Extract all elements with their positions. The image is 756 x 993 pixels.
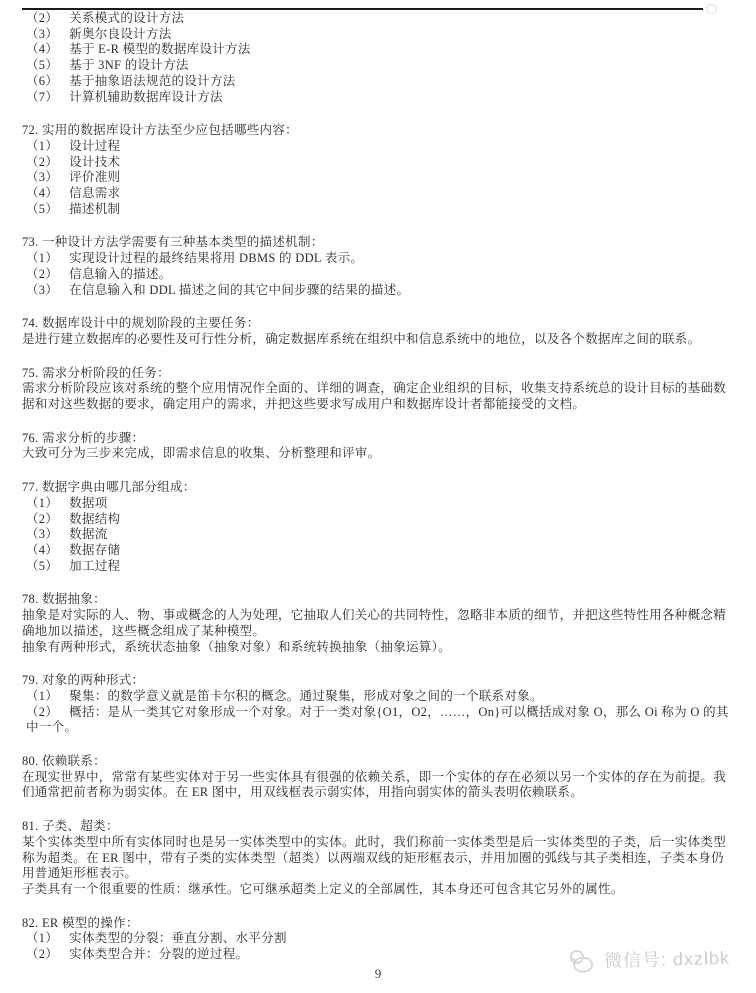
list-item: （3）在信息输入和 DDL 描述之间的其它中间步骤的结果的描述。 [22, 283, 736, 299]
section-heading: 78. 数据抽象： [22, 592, 736, 608]
paragraph: 在现实世界中，常常有某些实体对于另一些实体具有很强的依赖关系，即一个实体的存在必… [22, 770, 736, 801]
section-heading: 77. 数据字典由哪几部分组成： [22, 480, 736, 496]
section: 72. 实用的数据库设计方法至少应包括哪些内容：（1）设计过程（2）设计技术（3… [22, 123, 736, 217]
item-marker: （1） [26, 496, 58, 512]
item-marker: （2） [26, 11, 58, 27]
item-marker: （2） [26, 155, 58, 171]
list-item: （5）描述机制 [22, 202, 736, 218]
item-marker: （2） [26, 512, 58, 528]
item-text: 评价准则 [69, 170, 120, 184]
section: 73. 一种设计方法学需要有三种基本类型的描述机制：（1）实现设计过程的最终结果… [22, 235, 736, 298]
item-marker: （2） [26, 947, 58, 963]
item-text: 信息输入的描述。 [69, 267, 171, 281]
list-item: （2）信息输入的描述。 [22, 267, 736, 283]
item-text: 设计技术 [69, 155, 120, 169]
list-item: （1）实体类型的分裂：垂直分割、水平分割 [22, 931, 736, 947]
list-item: （1）设计过程 [22, 139, 736, 155]
section: 74. 数据库设计中的规划阶段的主要任务：是进行建立数据库的必要性及可行性分析，… [22, 316, 736, 347]
list-item: （3）数据流 [22, 527, 736, 543]
section-heading: 72. 实用的数据库设计方法至少应包括哪些内容： [22, 123, 736, 139]
item-marker: （1） [26, 689, 58, 705]
list-item: （2）数据结构 [22, 512, 736, 528]
item-text: 概括：是从一类其它对象形成一个对象。对于一类对象{O1，O2，……，On}可以概… [26, 705, 729, 735]
list-item: （3）新奥尔良设计方法 [22, 27, 736, 43]
item-marker: （3） [26, 527, 58, 543]
section: 79. 对象的两种形式：（1）聚集：的数学意义就是笛卡尔积的概念。通过聚集，形成… [22, 673, 736, 736]
list-item: （5）加工过程 [22, 559, 736, 575]
item-text: 数据流 [69, 527, 107, 541]
section: 80. 依赖联系：在现实世界中，常常有某些实体对于另一些实体具有很强的依赖关系，… [22, 754, 736, 801]
item-text: 基于 3NF 的设计方法 [69, 58, 189, 72]
section: 75. 需求分析阶段的任务：需求分析阶段应该对系统的整个应用情况作全面的、详细的… [22, 366, 736, 413]
item-marker: （5） [26, 559, 58, 575]
item-text: 数据存储 [69, 543, 120, 557]
item-text: 数据结构 [69, 512, 120, 526]
item-marker: （2） [26, 705, 58, 721]
paragraph: 抽象是对实际的人、物、事或概念的人为处理，它抽取人们关心的共同特性，忽略非本质的… [22, 608, 736, 639]
item-text: 实体类型的分裂：垂直分割、水平分割 [69, 931, 287, 945]
item-marker: （5） [26, 58, 58, 74]
section-heading: 79. 对象的两种形式： [22, 673, 736, 689]
list-item: （1）数据项 [22, 496, 736, 512]
section: 77. 数据字典由哪几部分组成：（1）数据项（2）数据结构（3）数据流（4）数据… [22, 480, 736, 574]
paragraph: 抽象有两种形式，系统状态抽象（抽象对象）和系统转换抽象（抽象运算）。 [22, 640, 736, 656]
item-marker: （1） [26, 931, 58, 947]
paragraph: 子类具有一个很重要的性质：继承性。它可继承超类上定义的全部属性，其本身还可包含其… [22, 882, 736, 898]
section-heading: 75. 需求分析阶段的任务： [22, 366, 736, 382]
item-marker: （2） [26, 267, 58, 283]
item-text: 信息需求 [69, 186, 120, 200]
item-text: 关系模式的设计方法 [69, 11, 184, 25]
item-text: 新奥尔良设计方法 [69, 27, 171, 41]
item-marker: （1） [26, 251, 58, 267]
paragraph: 需求分析阶段应该对系统的整个应用情况作全面的、详细的调查，确定企业组织的目标，收… [22, 381, 736, 412]
list-item: （1）实现设计过程的最终结果将用 DBMS 的 DDL 表示。 [22, 251, 736, 267]
item-text: 基于抽象语法规范的设计方法 [69, 74, 235, 88]
section: （2）关系模式的设计方法（3）新奥尔良设计方法（4）基于 E-R 模型的数据库设… [22, 11, 736, 105]
item-text: 实现设计过程的最终结果将用 DBMS 的 DDL 表示。 [69, 251, 363, 265]
watermark-text: 微信号: dxzlbk [604, 944, 731, 973]
list-item: （2）概括：是从一类其它对象形成一个对象。对于一类对象{O1，O2，……，On}… [22, 705, 736, 736]
sections-container: （2）关系模式的设计方法（3）新奥尔良设计方法（4）基于 E-R 模型的数据库设… [22, 11, 736, 963]
section-heading: 73. 一种设计方法学需要有三种基本类型的描述机制： [22, 235, 736, 251]
top-rule [22, 8, 703, 10]
list-item: （2）设计技术 [22, 155, 736, 171]
item-text: 实体类型合并：分裂的逆过程。 [69, 947, 248, 961]
item-marker: （7） [26, 90, 58, 106]
section-heading: 81. 子类、超类： [22, 819, 736, 835]
section-heading: 74. 数据库设计中的规划阶段的主要任务： [22, 316, 736, 332]
list-item: （1）聚集：的数学意义就是笛卡尔积的概念。通过聚集，形成对象之间的一个联系对象。 [22, 689, 736, 705]
list-item: （2）关系模式的设计方法 [22, 11, 736, 27]
item-marker: （4） [26, 42, 58, 58]
section-heading: 76. 需求分析的步骤： [22, 431, 736, 447]
item-text: 加工过程 [69, 559, 120, 573]
item-marker: （4） [26, 543, 58, 559]
item-text: 计算机辅助数据库设计方法 [69, 90, 223, 104]
item-marker: （3） [26, 283, 58, 299]
item-marker: （6） [26, 74, 58, 90]
list-item: （5）基于 3NF 的设计方法 [22, 58, 736, 74]
section-heading: 82. ER 模型的操作： [22, 916, 736, 932]
list-item: （4）基于 E-R 模型的数据库设计方法 [22, 42, 736, 58]
item-text: 描述机制 [69, 202, 120, 216]
section: 81. 子类、超类：某个实体类型中所有实体同时也是另一实体类型中的实体。此时，我… [22, 819, 736, 898]
list-item: （4）信息需求 [22, 186, 736, 202]
list-item: （4）数据存储 [22, 543, 736, 559]
item-text: 在信息输入和 DDL 描述之间的其它中间步骤的结果的描述。 [69, 283, 409, 297]
item-marker: （4） [26, 186, 58, 202]
list-item: （6）基于抽象语法规范的设计方法 [22, 74, 736, 90]
section-heading: 80. 依赖联系： [22, 754, 736, 770]
item-text: 数据项 [69, 496, 107, 510]
list-item: （3）评价准则 [22, 170, 736, 186]
paragraph: 大致可分为三步来完成，即需求信息的收集、分析整理和评审。 [22, 446, 736, 462]
section: 78. 数据抽象：抽象是对实际的人、物、事或概念的人为处理，它抽取人们关心的共同… [22, 592, 736, 655]
document-page: （2）关系模式的设计方法（3）新奥尔良设计方法（4）基于 E-R 模型的数据库设… [0, 0, 756, 993]
paragraph: 某个实体类型中所有实体同时也是另一实体类型中的实体。此时，我们称前一实体类型是后… [22, 835, 736, 882]
paragraph: 是进行建立数据库的必要性及可行性分析，确定数据库系统在组织中和信息系统中的地位，… [22, 332, 736, 348]
item-text: 聚集：的数学意义就是笛卡尔积的概念。通过聚集，形成对象之间的一个联系对象。 [69, 689, 543, 703]
item-text: 基于 E-R 模型的数据库设计方法 [69, 42, 251, 56]
item-marker: （1） [26, 139, 58, 155]
item-marker: （5） [26, 202, 58, 218]
item-marker: （3） [26, 170, 58, 186]
section: 76. 需求分析的步骤：大致可分为三步来完成，即需求信息的收集、分析整理和评审。 [22, 431, 736, 462]
item-marker: （3） [26, 27, 58, 43]
list-item: （7）计算机辅助数据库设计方法 [22, 90, 736, 106]
wechat-chick-icon [568, 947, 599, 974]
item-text: 设计过程 [69, 139, 120, 153]
watermark: 微信号: dxzlbk [568, 944, 731, 974]
